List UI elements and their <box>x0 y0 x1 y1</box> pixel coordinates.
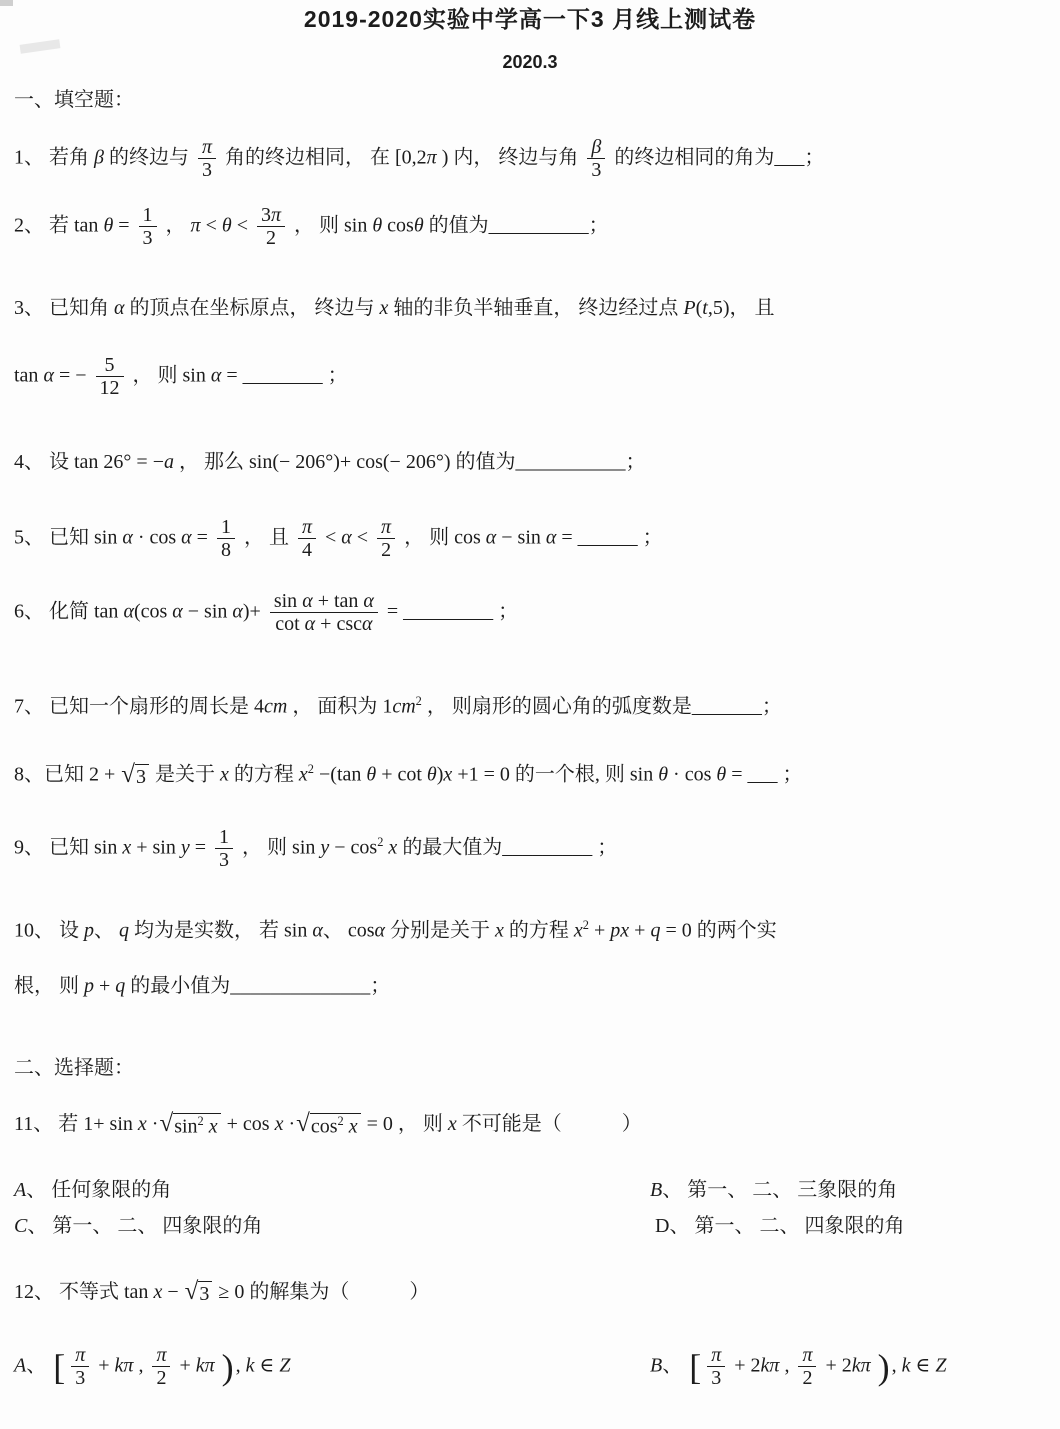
question-3-line-2: tan α = − 512 ， 则 sin α = ________ ； <box>14 354 348 400</box>
question-11-option-a: A、 任何象限的角 <box>14 1178 171 1202</box>
question-1: 1、 若角 β 的终边与 π3 角的终边相同， 在 [0,2π ) 内， 终边与… <box>14 136 824 182</box>
question-2: 2、 若 tan θ = 13 ， π < θ < 3π2 ， 则 sin θ … <box>14 204 609 250</box>
question-12: 12、 不等式 tan x − √3 ≥ 0 的解集为（ ） <box>14 1280 429 1306</box>
exam-paper-page: 2019-2020实验中学高一下3 月线上测试卷 2020.3 一、填空题： 1… <box>0 0 1060 1429</box>
question-5: 5、 已知 sin α · cos α = 18 ， 且 π4 < α < π2… <box>14 516 663 562</box>
question-8: 8、已知 2 + √3 是关于 x 的方程 x2 −(tan θ + cot θ… <box>14 762 802 789</box>
question-4: 4、 设 tan 26° = −a ， 那么 sin(− 206°)+ cos(… <box>14 450 645 474</box>
exam-date: 2020.3 <box>0 52 1060 74</box>
question-12-option-b: B、 [π3 + 2kπ , π2 + 2kπ ), k ∈ Z <box>650 1344 946 1390</box>
question-11-option-b: B、 第一、 二、 三象限的角 <box>650 1178 897 1202</box>
question-9: 9、 已知 sin x + sin y = 13 ， 则 sin y − cos… <box>14 826 617 872</box>
section-heading-fill-in: 一、填空题： <box>14 88 134 112</box>
question-6: 6、 化简 tan α(cos α − sin α)+ sin α + tan … <box>14 590 518 636</box>
question-10-line-1: 10、 设 p、 q 均为是实数， 若 sin α、 cosα 分别是关于 x … <box>14 918 777 943</box>
question-12-option-a: A、 [π3 + kπ , π2 + kπ ), k ∈ Z <box>14 1344 290 1390</box>
question-10-line-2: 根， 则 p + q 的最小值为______________； <box>14 974 390 998</box>
exam-title: 2019-2020实验中学高一下3 月线上测试卷 <box>0 6 1060 34</box>
question-11-option-d: D、 第一、 二、 四象限的角 <box>655 1214 904 1238</box>
section-heading-choice: 二、选择题： <box>14 1056 134 1080</box>
question-11: 11、 若 1+ sin x ·√sin2 x + cos x ·√cos2 x… <box>14 1112 642 1138</box>
question-7: 7、 已知一个扇形的周长是 4cm ， 面积为 1cm2 ， 则扇形的圆心角的弧… <box>14 694 782 719</box>
question-3-line-1: 3、 已知角 α 的顶点在坐标原点， 终边与 x 轴的非负半轴垂直， 终边经过点… <box>14 296 775 320</box>
question-11-option-c: C、 第一、 二、 四象限的角 <box>14 1214 262 1238</box>
